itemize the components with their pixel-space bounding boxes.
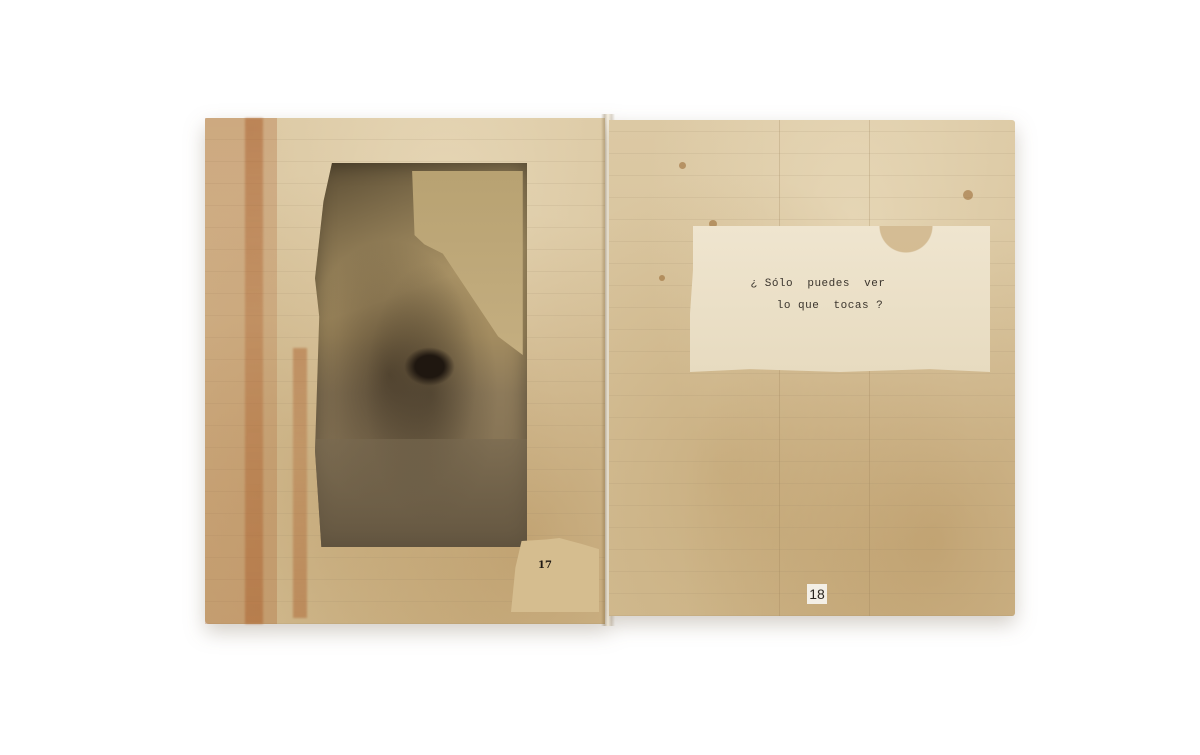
ink-spot [659,275,665,281]
sepia-photograph [315,163,527,547]
page-number-right: 18 [807,584,827,604]
rust-stain-band [205,118,277,624]
page-number-left: 17 [538,560,552,571]
note-line-2: lo que tocas ? [680,300,980,312]
photo-ground [315,439,527,547]
rust-stain-drip [245,118,263,624]
photo-sky [400,171,523,355]
rust-stain-drip-lower [293,348,307,618]
left-page: 17 [205,118,605,624]
note-line-1: ¿ Sólo puedes ver [668,278,968,290]
ink-spot [963,190,973,200]
photo-seated-figure [404,347,455,385]
open-book: 17 ¿ Sólo puedes ver lo que tocas ? 18 [205,114,1015,626]
typed-note-slip: ¿ Sólo puedes ver lo que tocas ? [690,226,990,372]
torn-paper-patch [511,538,599,612]
ink-spot [679,162,686,169]
